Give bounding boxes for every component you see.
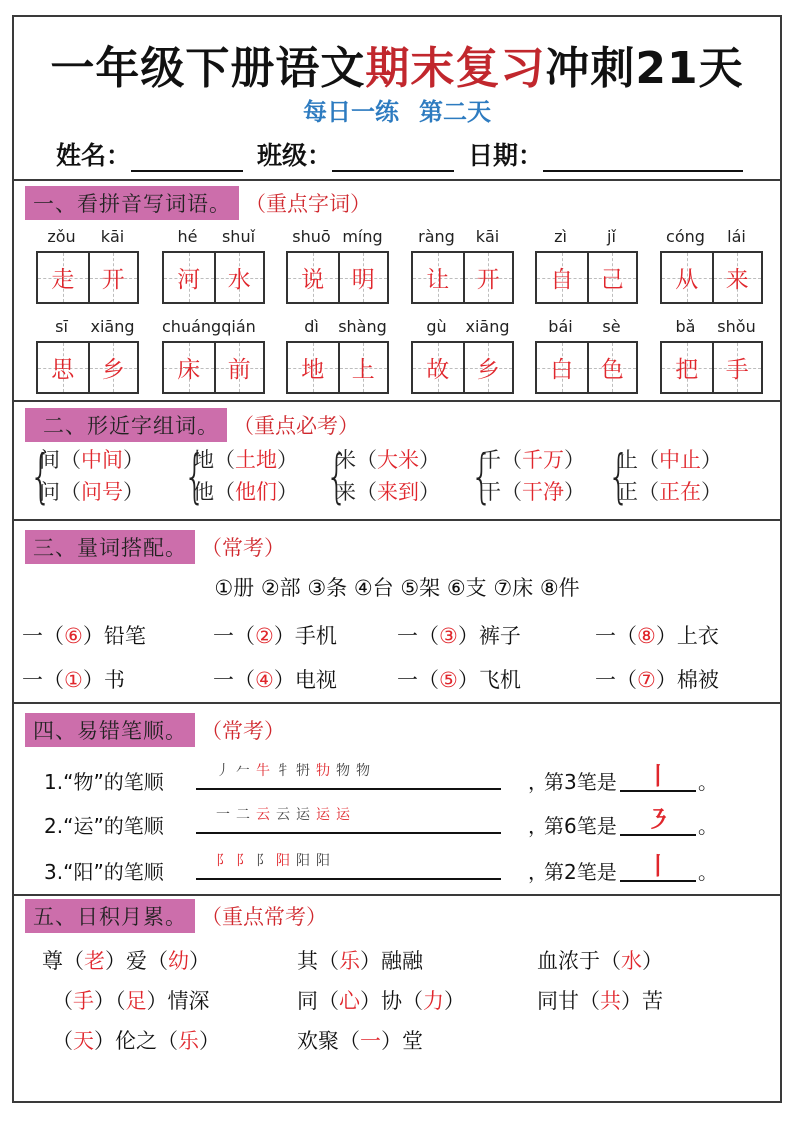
answer-char: 明 (352, 261, 375, 294)
class-label: 班级： (257, 136, 332, 172)
writing-cell[interactable]: 开 (463, 253, 513, 302)
stroke-step: 牛 (256, 763, 276, 779)
stroke-step: 运 (296, 807, 316, 823)
title-part-2: 期末复习 (365, 43, 545, 94)
pinyin-row: zǒukāi (36, 227, 139, 249)
paren: （ (60, 448, 81, 472)
paren: （ (501, 448, 522, 472)
page-title: 一年级下册语文期末复习冲刺21天 (12, 32, 782, 96)
paren: ） (123, 480, 144, 504)
pinyin-word-item: cónglái从来 (660, 227, 763, 304)
pair-line: 来（来到） (335, 478, 440, 506)
section-3-heading: 三、量词搭配。 （常考） (25, 530, 285, 564)
nth-stroke-label: 第6笔是 (544, 810, 617, 839)
idiom-text: 同甘（ (537, 989, 600, 1013)
period: 。 (698, 856, 718, 885)
pinyin-word-item: sīxiāng思乡 (36, 317, 139, 394)
answer-char: 乡 (477, 351, 500, 384)
stroke-step: 物 (336, 763, 356, 779)
measure-word-item: 一（②）手机 (213, 620, 337, 650)
pinyin-row: zìjǐ (535, 227, 638, 249)
idiom-text: ）伦之（ (94, 1029, 178, 1053)
idiom-item: 同甘（共）苦 (537, 985, 663, 1015)
class-field[interactable]: 班级： (257, 136, 454, 172)
answer-word[interactable]: 干净 (522, 480, 564, 504)
pinyin-syllable: jǐ (586, 227, 637, 249)
idiom-text: ）情深 (147, 989, 210, 1013)
tian-grid: 走开 (36, 251, 139, 304)
noun: ）手机 (274, 624, 337, 648)
name-label: 姓名： (56, 136, 131, 172)
answer-blank[interactable]: ② (255, 624, 274, 648)
paren: （ (214, 448, 235, 472)
writing-cell[interactable]: 从 (662, 253, 712, 302)
pinyin-syllable: qián (213, 317, 264, 339)
pair-lines: 间（中间）问（问号） (39, 446, 144, 506)
idiom-text: 同（ (297, 989, 339, 1013)
pinyin-row: chuángqián (162, 317, 265, 339)
pinyin-syllable: shuǐ (213, 227, 264, 249)
idiom-answer[interactable]: 水 (621, 949, 642, 973)
idiom-text: ） (199, 1029, 220, 1053)
answer-char: 自 (550, 261, 573, 294)
pinyin-word-item: zǒukāi走开 (36, 227, 139, 304)
idiom-text: ） (444, 989, 465, 1013)
pinyin-syllable: xiāng (462, 317, 513, 339)
name-field[interactable]: 姓名： (56, 136, 243, 172)
writing-cell[interactable]: 白 (537, 343, 587, 392)
date-input-line[interactable] (543, 142, 743, 172)
stroke-step: 阝 (236, 853, 256, 869)
title-part-1: 一年级下册语文 (50, 43, 365, 94)
stroke-step: 𠂉 (236, 763, 256, 779)
stroke-step: 丿 (216, 763, 236, 779)
stroke-step: 阳 (296, 853, 316, 869)
answer-word[interactable]: 大米 (377, 448, 419, 472)
pinyin-syllable: zǒu (36, 227, 87, 249)
measure-word-item: 一（④）电视 (213, 664, 337, 694)
answer-char: 河 (177, 261, 200, 294)
stroke-step: 一 (216, 807, 236, 823)
noun: ）棉被 (656, 668, 719, 692)
pair-line: 正（正在） (617, 478, 722, 506)
writing-cell[interactable]: 色 (587, 343, 637, 392)
prefix: 一（ (22, 624, 64, 648)
answer-word[interactable]: 他们 (235, 480, 277, 504)
pinyin-row: dìshàng (286, 317, 389, 339)
writing-cell[interactable]: 己 (587, 253, 637, 302)
tian-grid: 白色 (535, 341, 638, 394)
tian-grid: 从来 (660, 251, 763, 304)
stroke-step: 阝 (216, 853, 236, 869)
answer-blank[interactable]: ⑥ (64, 624, 83, 648)
writing-cell[interactable]: 让 (413, 253, 463, 302)
nth-stroke-label: 第2笔是 (544, 856, 617, 885)
stroke-step: 物 (356, 763, 376, 779)
stroke-step: 二 (236, 807, 256, 823)
answer-char: 白 (550, 351, 573, 384)
idiom-answer[interactable]: 足 (126, 989, 147, 1013)
idiom-text: ）协（ (360, 989, 423, 1013)
brace-icon: { (608, 447, 616, 505)
brace-icon: { (471, 447, 479, 505)
brace-icon: { (184, 447, 192, 505)
section-divider (12, 519, 782, 521)
answer-char: 地 (301, 351, 324, 384)
stroke-step: 牞 (316, 763, 336, 779)
stroke-sequence-line[interactable]: 一二云云运运运 (196, 804, 501, 834)
paren: （ (356, 480, 377, 504)
section-1-tag: （重点字词） (245, 188, 371, 218)
pinyin-syllable: shuō (286, 227, 337, 249)
section-5-label: 五、日积月累。 (25, 899, 195, 933)
tian-grid: 思乡 (36, 341, 139, 394)
stroke-sequence-line[interactable]: 丿𠂉牛牜𤘪牞物物 (196, 760, 501, 790)
answer-char: 从 (675, 261, 698, 294)
writing-cell[interactable]: 前 (214, 343, 264, 392)
paren: （ (214, 480, 235, 504)
writing-cell[interactable]: 水 (214, 253, 264, 302)
paren: （ (356, 448, 377, 472)
stroke-answer-blank[interactable]: 丨 (620, 850, 696, 882)
stroke-answer-blank[interactable]: ㇋ (620, 804, 696, 836)
brace-icon: { (30, 447, 38, 505)
pinyin-word-item: chuángqián床前 (162, 317, 265, 394)
writing-cell[interactable]: 手 (712, 343, 762, 392)
stroke-question: 3.“阳”的笔顺 (44, 856, 164, 885)
tian-grid: 地上 (286, 341, 389, 394)
subtitle-day: 第二天 (419, 98, 491, 126)
idiom-answer[interactable]: 一 (360, 1029, 381, 1053)
writing-cell[interactable]: 床 (164, 343, 214, 392)
section-4-tag: （常考） (201, 715, 285, 745)
measure-word-item: 一（⑦）棉被 (595, 664, 719, 694)
answer-char: 己 (601, 261, 624, 294)
paren: ） (701, 448, 722, 472)
pinyin-syllable: shǒu (711, 317, 762, 339)
paren: ） (419, 480, 440, 504)
answer-char: 把 (675, 351, 698, 384)
tian-grid: 说明 (286, 251, 389, 304)
pinyin-syllable: chuáng (162, 317, 213, 339)
answer-blank[interactable]: ③ (439, 624, 458, 648)
idiom-answer[interactable]: 老 (84, 949, 105, 973)
idiom-text: ）爱（ (105, 949, 168, 973)
section-divider (12, 179, 782, 181)
measure-word-item: 一（①）书 (22, 664, 125, 694)
idiom-item: 尊（老）爱（幼） (42, 945, 210, 975)
pinyin-syllable: kāi (87, 227, 138, 249)
pinyin-word-item: dìshàng地上 (286, 317, 389, 394)
idiom-item: （手）（足）情深 (52, 985, 210, 1015)
similar-char-pair: {千（千万）干（干净） (465, 444, 585, 508)
pinyin-syllable: hé (162, 227, 213, 249)
prefix: 一（ (213, 624, 255, 648)
paren: ） (277, 448, 298, 472)
pinyin-syllable: lái (711, 227, 762, 249)
answer-char: 水 (228, 261, 251, 294)
pair-lines: 地（土地）他（他们） (193, 446, 298, 506)
writing-cell[interactable]: 河 (164, 253, 214, 302)
answer-char: 走 (51, 261, 74, 294)
idiom-text: 其（ (297, 949, 339, 973)
answer-char: 色 (601, 351, 624, 384)
paren: （ (501, 480, 522, 504)
stroke-step: 牜 (276, 763, 296, 779)
class-input-line[interactable] (332, 142, 454, 172)
pinyin-syllable: cóng (660, 227, 711, 249)
pinyin-word-item: héshuǐ河水 (162, 227, 265, 304)
pinyin-syllable: kāi (462, 227, 513, 249)
pinyin-word-item: zìjǐ自己 (535, 227, 638, 304)
answer-char: 前 (228, 351, 251, 384)
pinyin-syllable: bái (535, 317, 586, 339)
pinyin-word-item: gùxiāng故乡 (411, 317, 514, 394)
section-divider (12, 702, 782, 704)
pinyin-word-item: shuōmíng说明 (286, 227, 389, 304)
paren: ） (419, 448, 440, 472)
pair-line: 米（大米） (335, 446, 440, 474)
section-2-label: 二、形近字组词。 (25, 408, 227, 442)
idiom-answer[interactable]: 力 (423, 989, 444, 1013)
answer-blank[interactable]: ④ (255, 668, 274, 692)
pair-lines: 千（千万）干（干净） (480, 446, 585, 506)
pinyin-syllable: míng (337, 227, 388, 249)
stroke-step: 运 (316, 807, 336, 823)
name-input-line[interactable] (131, 142, 243, 172)
stroke-answer-blank[interactable]: 丨 (620, 760, 696, 792)
answer-blank[interactable]: ⑤ (439, 668, 458, 692)
answer-char: 来 (726, 261, 749, 294)
noun: ）电视 (274, 668, 337, 692)
idiom-text: （ (52, 1029, 73, 1053)
writing-cell[interactable]: 走 (38, 253, 88, 302)
answer-blank[interactable]: ① (64, 668, 83, 692)
noun: ）铅笔 (83, 624, 146, 648)
answer-word[interactable]: 问号 (81, 480, 123, 504)
answer-word[interactable]: 来到 (377, 480, 419, 504)
idiom-text: ）堂 (381, 1029, 423, 1053)
section-3-tag: （常考） (201, 532, 285, 562)
paren: ） (564, 448, 585, 472)
tian-grid: 让开 (411, 251, 514, 304)
pinyin-row: sīxiāng (36, 317, 139, 339)
tian-grid: 床前 (162, 341, 265, 394)
idiom-text: 尊（ (42, 949, 84, 973)
paren: （ (60, 480, 81, 504)
idiom-answer[interactable]: 心 (339, 989, 360, 1013)
title-part-3: 冲刺21天 (545, 43, 743, 94)
tian-grid: 河水 (162, 251, 265, 304)
measure-word-item: 一（⑥）铅笔 (22, 620, 146, 650)
measure-word-options: ①册 ②部 ③条 ④台 ⑤架 ⑥支 ⑦床 ⑧件 (12, 572, 782, 602)
answer-char: 故 (426, 351, 449, 384)
idiom-answer[interactable]: 幼 (168, 949, 189, 973)
pair-line: 他（他们） (193, 478, 298, 506)
stroke-step: 𤘪 (296, 763, 316, 779)
stroke-step: 云 (256, 807, 276, 823)
writing-cell[interactable]: 上 (338, 343, 388, 392)
pair-line: 干（干净） (480, 478, 585, 506)
answer-char: 开 (102, 261, 125, 294)
pinyin-syllable: sī (36, 317, 87, 339)
section-2-heading: 二、形近字组词。 （重点必考） (25, 408, 359, 442)
section-4-label: 四、易错笔顺。 (25, 713, 195, 747)
noun: ）飞机 (458, 668, 521, 692)
prefix: 一（ (397, 668, 439, 692)
stroke-question: 2.“运”的笔顺 (44, 810, 164, 839)
pair-line: 止（中止） (617, 446, 722, 474)
answer-word[interactable]: 中间 (81, 448, 123, 472)
paren: ） (123, 448, 144, 472)
tian-grid: 故乡 (411, 341, 514, 394)
idiom-text: ）苦 (621, 989, 663, 1013)
pinyin-syllable: bǎ (660, 317, 711, 339)
prefix: 一（ (22, 668, 64, 692)
stroke-sequence-line[interactable]: 阝阝阝阳阳阳 (196, 850, 501, 880)
pinyin-syllable: shàng (337, 317, 388, 339)
section-5-tag: （重点常考） (201, 901, 327, 931)
idiom-text: ） (642, 949, 663, 973)
paren: ） (564, 480, 585, 504)
writing-cell[interactable]: 明 (338, 253, 388, 302)
similar-char-pair: {米（大米）来（来到） (320, 444, 440, 508)
answer-char: 乡 (102, 351, 125, 384)
writing-cell[interactable]: 把 (662, 343, 712, 392)
answer-char: 让 (426, 261, 449, 294)
pair-line: 地（土地） (193, 446, 298, 474)
pinyin-row: báisè (535, 317, 638, 339)
answer-char: 床 (177, 351, 200, 384)
similar-char-pair: {地（土地）他（他们） (178, 444, 298, 508)
writing-cell[interactable]: 说 (288, 253, 338, 302)
answer-word[interactable]: 土地 (235, 448, 277, 472)
student-info-row: 姓名： 班级： 日期： (56, 136, 757, 172)
idiom-answer[interactable]: 共 (600, 989, 621, 1013)
idiom-item: （天）伦之（乐） (52, 1025, 220, 1055)
idiom-answer[interactable]: 乐 (339, 949, 360, 973)
writing-cell[interactable]: 乡 (463, 343, 513, 392)
answer-char: 思 (51, 351, 74, 384)
section-3-label: 三、量词搭配。 (25, 530, 195, 564)
writing-cell[interactable]: 来 (712, 253, 762, 302)
section-divider (12, 894, 782, 896)
pinyin-word-item: báisè白色 (535, 317, 638, 394)
nth-stroke-label: 第3笔是 (544, 766, 617, 795)
pinyin-word-item: bǎshǒu把手 (660, 317, 763, 394)
noun: ）书 (83, 668, 125, 692)
pinyin-syllable: zì (535, 227, 586, 249)
pinyin-row: héshuǐ (162, 227, 265, 249)
paren: ） (701, 480, 722, 504)
prefix: 一（ (397, 624, 439, 648)
section-1-heading: 一、看拼音写词语。 （重点字词） (25, 186, 371, 220)
section-2-tag: （重点必考） (233, 410, 359, 440)
measure-word-item: 一（③）裤子 (397, 620, 521, 650)
section-divider (12, 400, 782, 402)
idiom-answer[interactable]: 乐 (178, 1029, 199, 1053)
section-5-heading: 五、日积月累。 （重点常考） (25, 899, 327, 933)
paren: （ (638, 448, 659, 472)
page-subtitle: 每日一练第二天 (12, 92, 782, 127)
section-1-label: 一、看拼音写词语。 (25, 186, 239, 220)
measure-word-item: 一（⑧）上衣 (595, 620, 719, 650)
prefix: 一（ (595, 624, 637, 648)
writing-cell[interactable]: 自 (537, 253, 587, 302)
answer-char: 上 (352, 351, 375, 384)
writing-cell[interactable]: 开 (88, 253, 138, 302)
writing-cell[interactable]: 乡 (88, 343, 138, 392)
answer-word[interactable]: 正在 (659, 480, 701, 504)
writing-cell[interactable]: 地 (288, 343, 338, 392)
answer-blank[interactable]: ⑦ (637, 668, 656, 692)
idiom-text: ）融融 (360, 949, 423, 973)
pinyin-row: gùxiāng (411, 317, 514, 339)
stroke-step: 阳 (276, 853, 296, 869)
idiom-answer[interactable]: 手 (73, 989, 94, 1013)
date-field[interactable]: 日期： (468, 136, 743, 172)
answer-word[interactable]: 千万 (522, 448, 564, 472)
section-4-heading: 四、易错笔顺。 （常考） (25, 713, 285, 747)
idiom-item: 欢聚（一）堂 (297, 1025, 423, 1055)
pair-lines: 米（大米）来（来到） (335, 446, 440, 506)
pinyin-syllable: dì (286, 317, 337, 339)
writing-cell[interactable]: 思 (38, 343, 88, 392)
noun: ）上衣 (656, 624, 719, 648)
subtitle-daily: 每日一练 (303, 98, 399, 126)
stroke-step: 运 (336, 807, 356, 823)
pair-lines: 止（中止）正（正在） (617, 446, 722, 506)
prefix: 一（ (595, 668, 637, 692)
pinyin-syllable: xiāng (87, 317, 138, 339)
writing-cell[interactable]: 故 (413, 343, 463, 392)
pinyin-syllable: ràng (411, 227, 462, 249)
paren: （ (638, 480, 659, 504)
pair-line: 问（问号） (39, 478, 144, 506)
pinyin-row: ràngkāi (411, 227, 514, 249)
prefix: 一（ (213, 668, 255, 692)
idiom-text: 欢聚（ (297, 1029, 360, 1053)
measure-word-item: 一（⑤）飞机 (397, 664, 521, 694)
pair-line: 千（千万） (480, 446, 585, 474)
stroke-question: 1.“物”的笔顺 (44, 766, 164, 795)
pinyin-syllable: gù (411, 317, 462, 339)
idiom-text: 血浓于（ (537, 949, 621, 973)
pinyin-syllable: sè (586, 317, 637, 339)
pinyin-row: bǎshǒu (660, 317, 763, 339)
idiom-answer[interactable]: 天 (73, 1029, 94, 1053)
tian-grid: 自己 (535, 251, 638, 304)
answer-word[interactable]: 中止 (659, 448, 701, 472)
pinyin-row: shuōmíng (286, 227, 389, 249)
pair-line: 间（中间） (39, 446, 144, 474)
noun: ）裤子 (458, 624, 521, 648)
brace-icon: { (326, 447, 334, 505)
tian-grid: 把手 (660, 341, 763, 394)
answer-char: 说 (301, 261, 324, 294)
period: 。 (698, 810, 718, 839)
stroke-step: 阝 (256, 853, 276, 869)
answer-char: 开 (477, 261, 500, 294)
similar-char-pair: {间（中间）问（问号） (24, 444, 144, 508)
similar-char-pair: {止（中止）正（正在） (602, 444, 722, 508)
stroke-step: 阳 (316, 853, 336, 869)
answer-char: 手 (726, 351, 749, 384)
idiom-text: （ (52, 989, 73, 1013)
stroke-step: 云 (276, 807, 296, 823)
answer-blank[interactable]: ⑧ (637, 624, 656, 648)
period: 。 (698, 766, 718, 795)
